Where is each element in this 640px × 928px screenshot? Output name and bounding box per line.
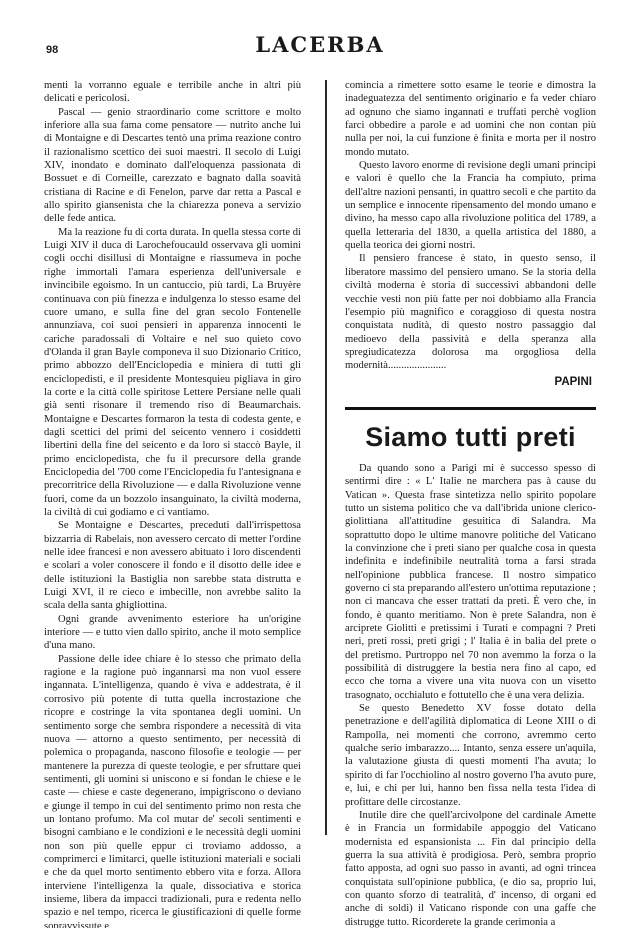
paragraph: Da quando sono a Parigi mi è successo sp…: [345, 462, 596, 702]
paragraph: Se Montaigne e Descartes, preceduti dall…: [44, 519, 301, 612]
paragraph: comincia a rimettere sotto esame le teor…: [345, 79, 596, 159]
paragraph: menti la vorranno eguale e terribile anc…: [44, 79, 301, 106]
paragraph: Questo lavoro enorme di revisione degli …: [345, 159, 596, 252]
masthead: LACERBA: [0, 32, 640, 57]
paragraph: Il pensiero francese è stato, in questo …: [345, 252, 596, 372]
column-divider: [325, 80, 327, 835]
section-rule: [345, 407, 596, 410]
paragraph: Inutile dire che quell'arcivolpone del c…: [345, 809, 596, 928]
paragraph: Ma la reazione fu di corta durata. In qu…: [44, 226, 301, 520]
paragraph: Pascal — genio straordinario come scritt…: [44, 106, 301, 226]
paragraph: Passione delle idee chiare è lo stesso c…: [44, 653, 301, 928]
right-column: comincia a rimettere sotto esame le teor…: [345, 79, 596, 928]
paragraph: Se questo Benedetto XV fosse dotato dell…: [345, 702, 596, 809]
paragraph: Ogni grande avvenimento esteriore ha un'…: [44, 613, 301, 653]
left-column: menti la vorranno eguale e terribile anc…: [44, 79, 301, 928]
author-signature: PAPINI: [345, 376, 596, 389]
article-title: Siamo tutti preti: [345, 420, 596, 454]
